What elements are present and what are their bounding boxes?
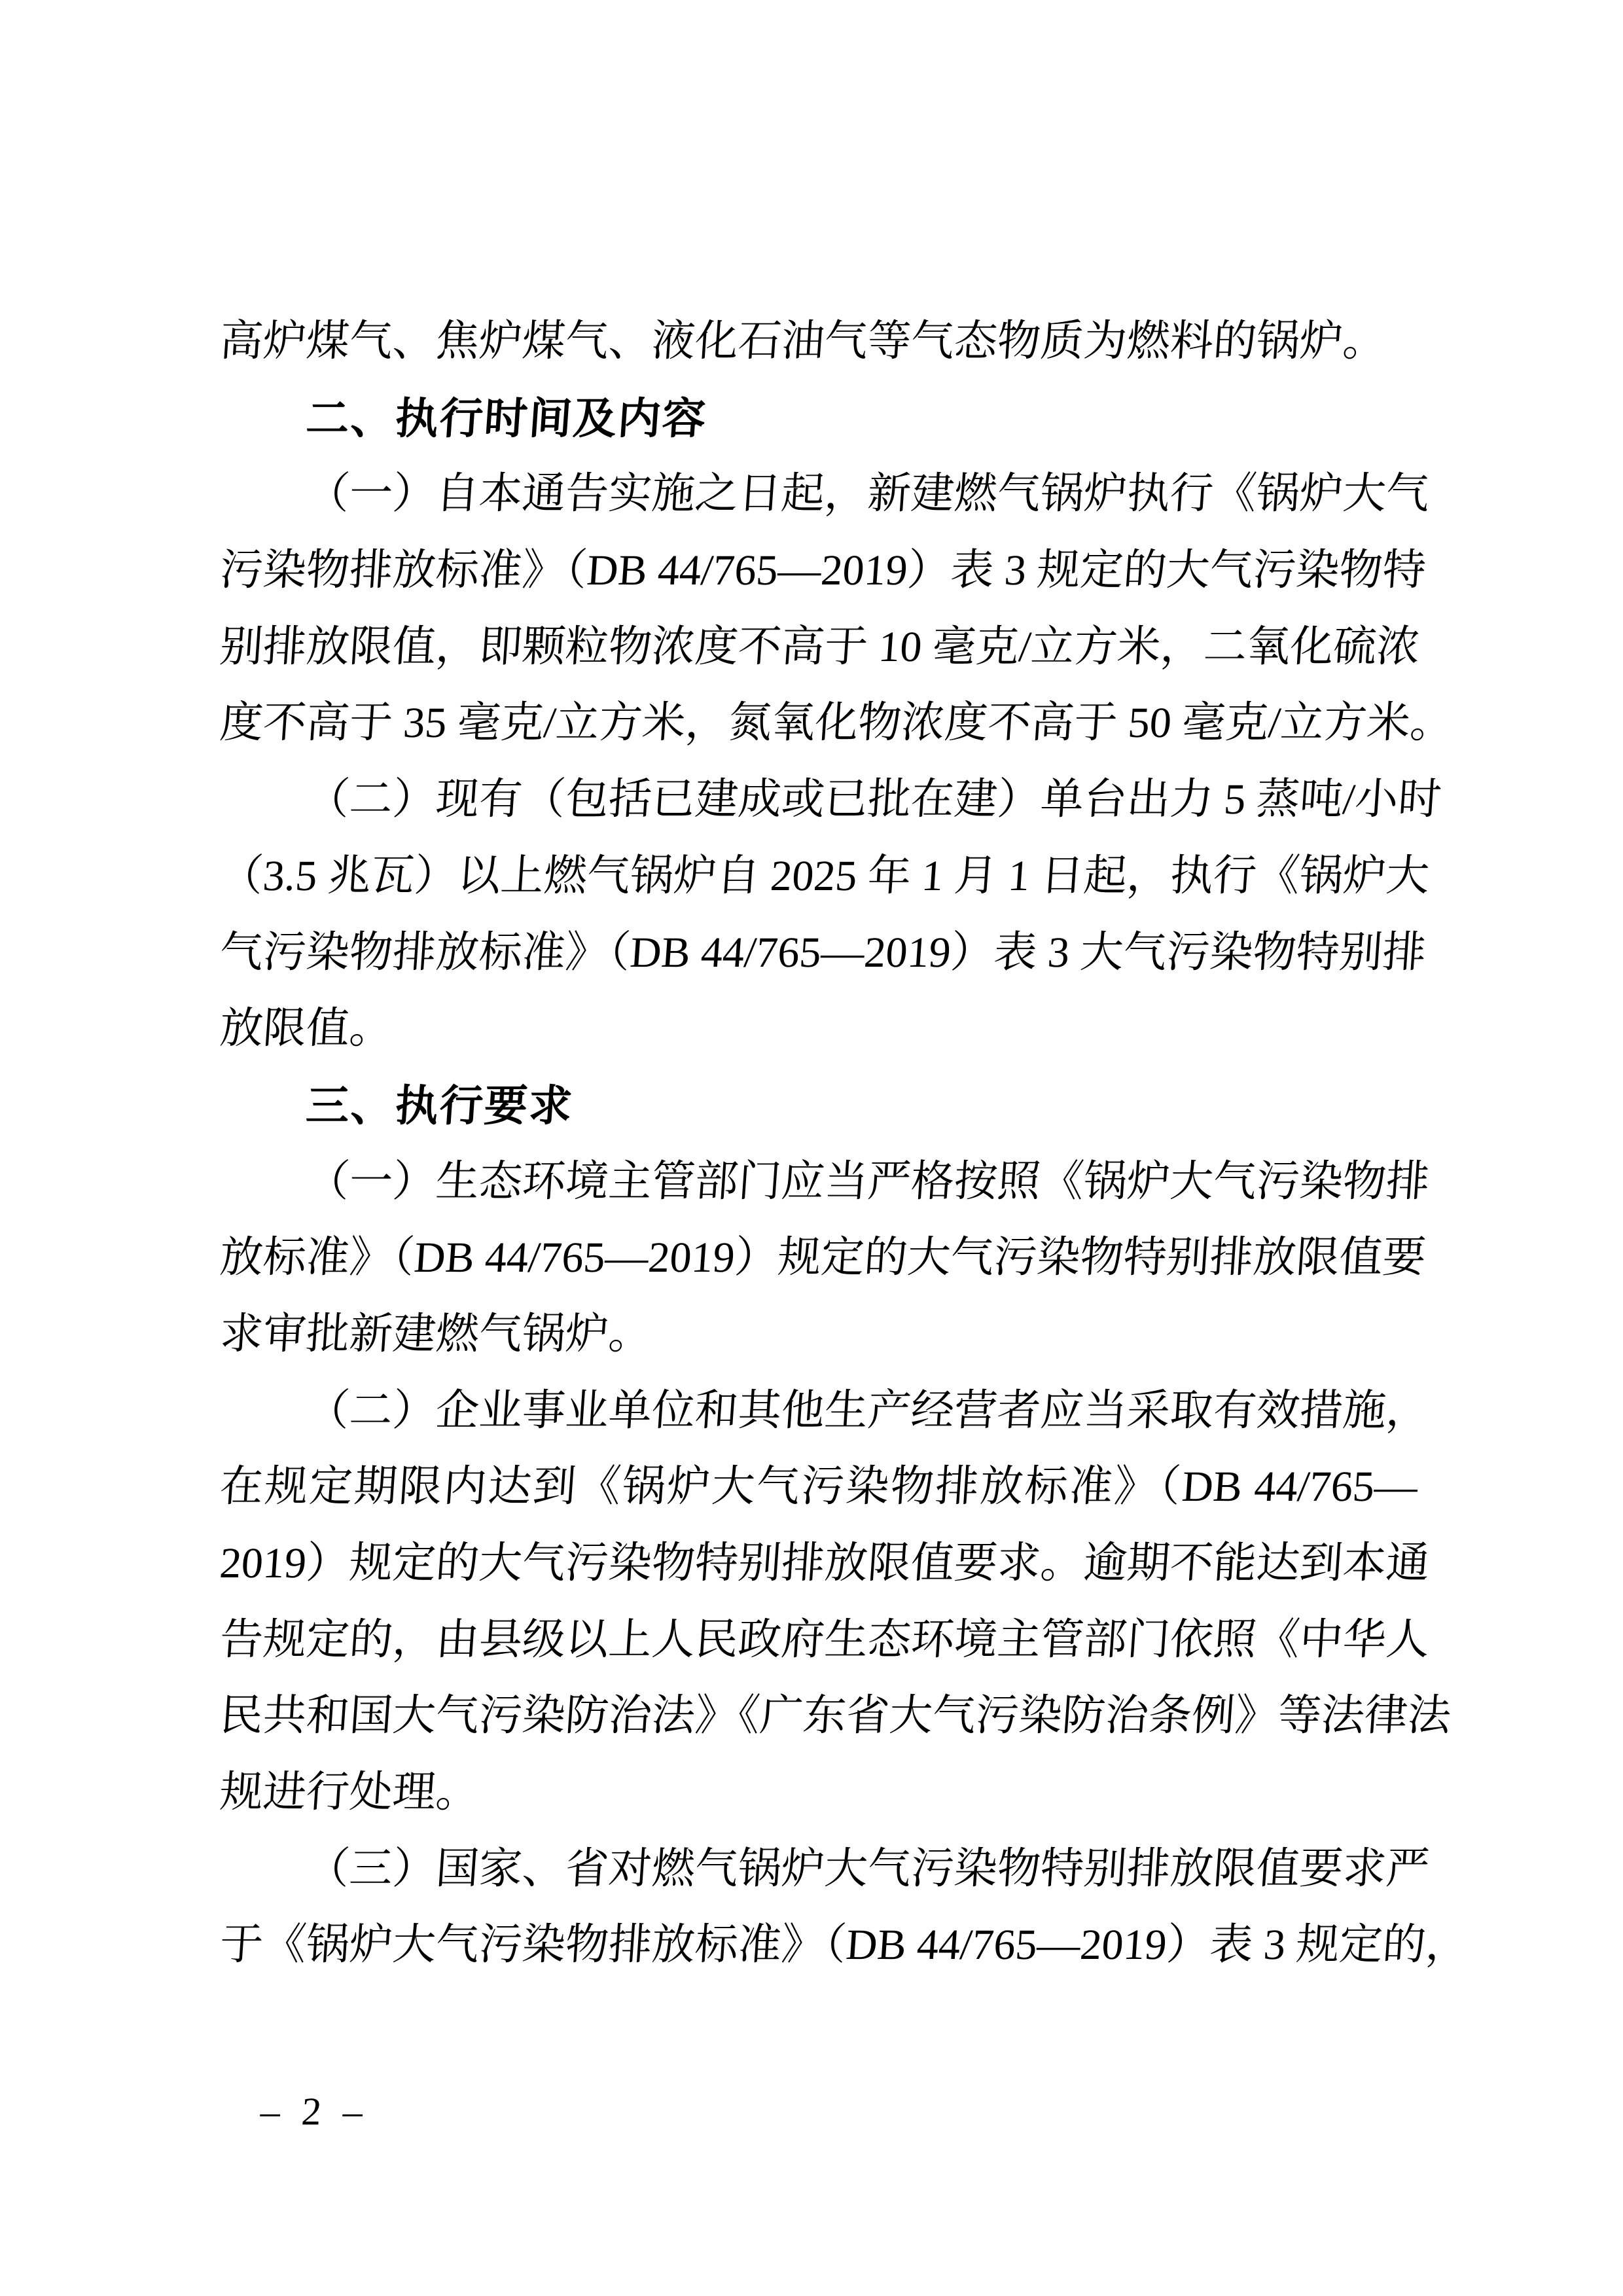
document-page: 高炉煤气、焦炉煤气、液化石油气等气态物质为燃料的锅炉。二、执行时间及内容（一）自… <box>0 0 1623 2296</box>
text-line: 规进行处理。 <box>217 1755 1420 1831</box>
text-line: 放标准》（DB 44/765—2019）规定的大气污染物特别排放限值要 <box>217 1220 1420 1297</box>
text-line: 放限值。 <box>217 991 1420 1067</box>
text-line: （3.5 兆瓦）以上燃气锅炉自 2025 年 1 月 1 日起，执行《锅炉大 <box>217 838 1420 915</box>
text-block: 高炉煤气、焦炉煤气、液化石油气等气态物质为燃料的锅炉。二、执行时间及内容（一）自… <box>220 304 1418 1984</box>
text-line: 别排放限值，即颗粒物浓度不高于 10 毫克/立方米，二氧化硫浓 <box>217 609 1420 686</box>
text-line: 污染物排放标准》（DB 44/765—2019）表 3 规定的大气污染物特 <box>217 533 1420 609</box>
text-line: （二）现有（包括已建成或已批在建）单台出力 5 蒸吨/小时 <box>217 762 1420 838</box>
section-heading: 三、执行要求 <box>217 1067 1420 1144</box>
text-line: 于《锅炉大气污染物排放标准》（DB 44/765—2019）表 3 规定的， <box>217 1907 1420 1984</box>
text-line: 高炉煤气、焦炉煤气、液化石油气等气态物质为燃料的锅炉。 <box>217 304 1420 380</box>
section-heading: 二、执行时间及内容 <box>217 380 1420 457</box>
text-line: （一）自本通告实施之日起，新建燃气锅炉执行《锅炉大气 <box>217 456 1420 533</box>
text-line: （一）生态环境主管部门应当严格按照《锅炉大气污染物排 <box>217 1144 1420 1221</box>
text-line: 告规定的，由县级以上人民政府生态环境主管部门依照《中华人 <box>217 1602 1420 1679</box>
text-line: 度不高于 35 毫克/立方米，氮氧化物浓度不高于 50 毫克/立方米。 <box>217 685 1420 762</box>
text-line: 民共和国大气污染防治法》《广东省大气污染防治条例》等法律法 <box>217 1678 1420 1755</box>
page-number: – 2 – <box>259 2089 370 2134</box>
text-line: 求审批新建燃气锅炉。 <box>217 1297 1420 1373</box>
text-line: 2019）规定的大气污染物特别排放限值要求。逾期不能达到本通 <box>217 1526 1420 1602</box>
text-line: （二）企业事业单位和其他生产经营者应当采取有效措施， <box>217 1373 1420 1450</box>
text-line: （三）国家、省对燃气锅炉大气污染物特别排放限值要求严 <box>217 1831 1420 1908</box>
text-line: 气污染物排放标准》（DB 44/765—2019）表 3 大气污染物特别排 <box>217 915 1420 992</box>
text-line: 在规定期限内达到《锅炉大气污染物排放标准》（DB 44/765— <box>217 1449 1420 1526</box>
